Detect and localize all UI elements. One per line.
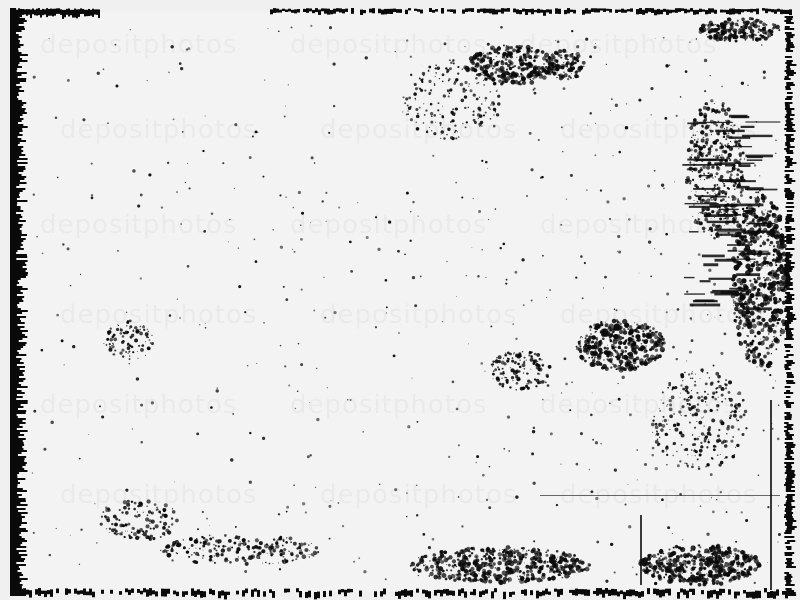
grunge-texture: depositphotosdepositphotosdepositphotosd… (0, 0, 800, 600)
grunge-ink-layer (0, 0, 800, 600)
